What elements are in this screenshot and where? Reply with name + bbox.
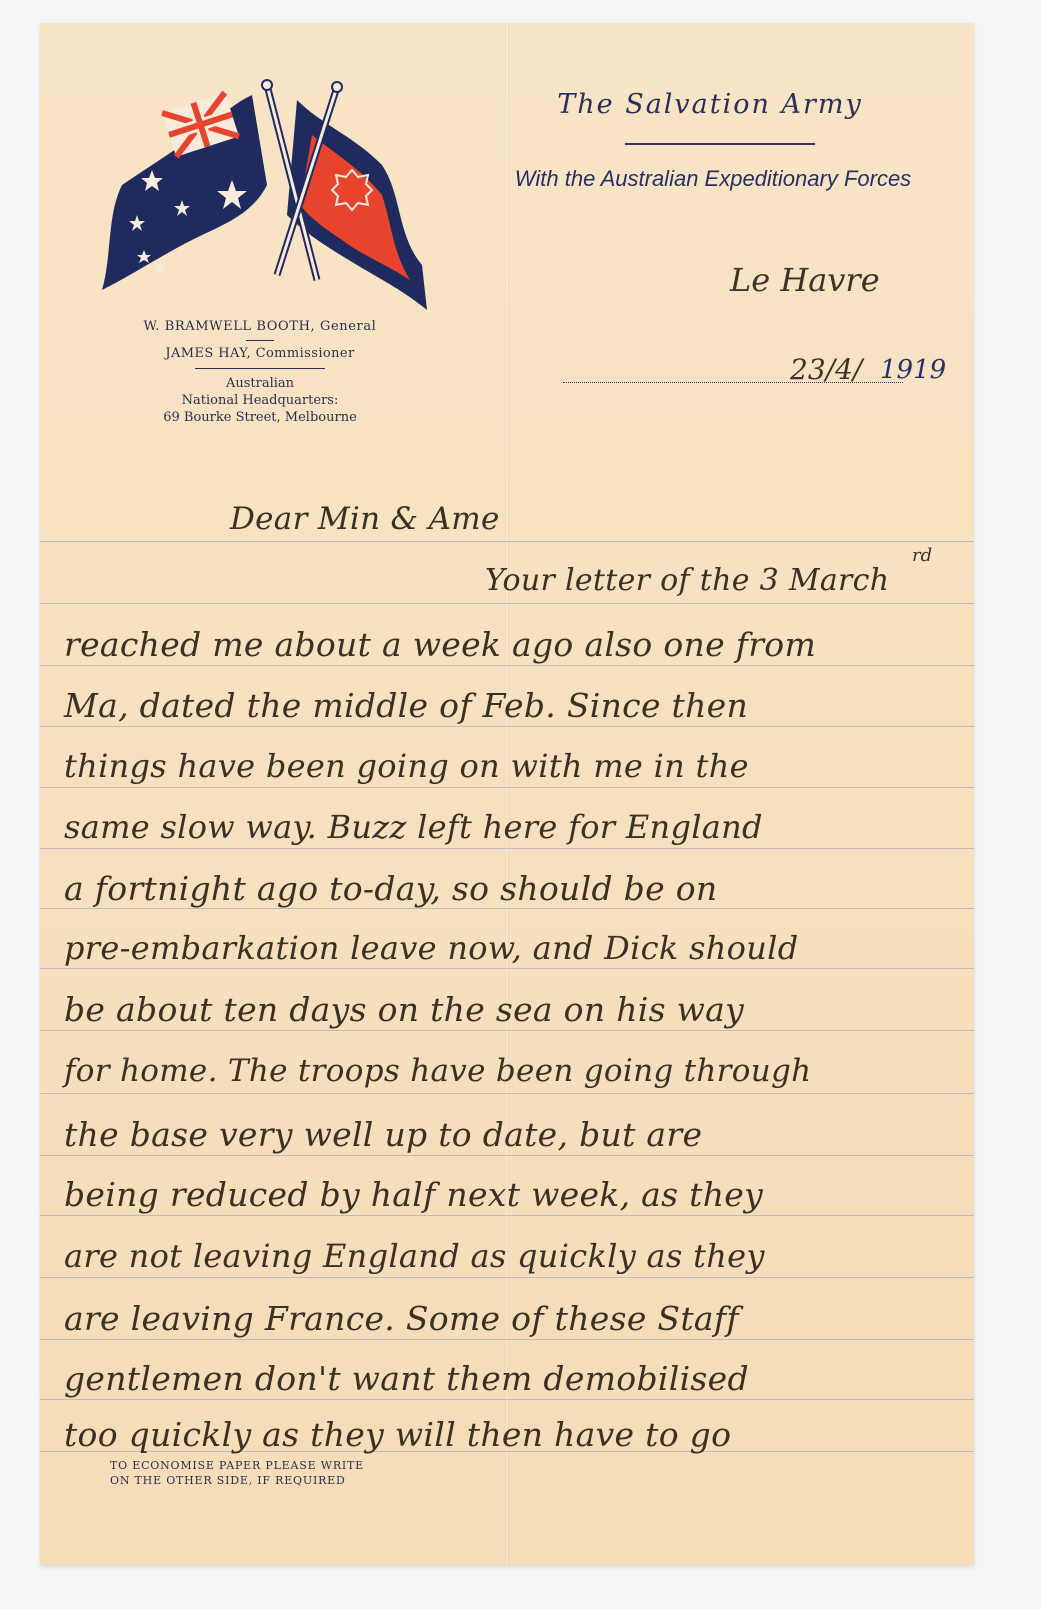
letter-line: reached me about a week ago also one fro… — [64, 625, 816, 664]
address-line: National Headquarters: — [100, 392, 420, 409]
letter-date-year: 1919 — [880, 355, 946, 385]
letter-line: for home. The troops have been going thr… — [64, 1053, 811, 1089]
ruled-line — [40, 908, 974, 909]
letter-place: Le Havre — [730, 261, 880, 299]
organization-subtitle: With the Australian Expeditionary Forces — [448, 166, 978, 192]
letter-line: Ma, dated the middle of Feb. Since then — [64, 686, 748, 725]
ruled-line — [40, 1339, 974, 1340]
crossed-flags-icon — [92, 65, 432, 315]
letter-line: the base very well up to date, but are — [64, 1115, 702, 1154]
footer-note: TO ECONOMISE PAPER PLEASE WRITE ON THE O… — [110, 1458, 430, 1488]
ordinal-superscript: rd — [912, 545, 932, 566]
letter-line: a fortnight ago to-day, so should be on — [64, 869, 717, 908]
footer-line: TO ECONOMISE PAPER PLEASE WRITE — [110, 1458, 430, 1473]
letter-line: things have been going on with me in the — [64, 747, 749, 785]
footer-line: ON THE OTHER SIDE, IF REQUIRED — [110, 1473, 430, 1488]
address-line: Australian — [100, 375, 420, 392]
letter-date-handwritten: 23/4/ — [790, 353, 862, 386]
salutation: Dear Min & Ame — [230, 501, 500, 537]
organization-title: The Salvation Army — [460, 89, 960, 120]
letter-line: gentlemen don't want them demobilised — [64, 1359, 749, 1398]
ruled-line — [40, 1399, 974, 1400]
ruled-line — [40, 968, 974, 969]
ruled-line — [40, 665, 974, 666]
commissioner-name: JAMES HAY, Commissioner — [100, 346, 420, 361]
ruled-line — [40, 726, 974, 727]
letter-line: are not leaving England as quickly as th… — [64, 1237, 765, 1275]
divider — [625, 143, 815, 145]
letter-line: pre-embarkation leave now, and Dick shou… — [64, 929, 798, 967]
general-name: W. BRAMWELL BOOTH, General — [100, 319, 420, 334]
ruled-line — [40, 1030, 974, 1031]
divider — [246, 340, 274, 341]
ruled-line — [40, 1155, 974, 1156]
letter-sheet: W. BRAMWELL BOOTH, General JAMES HAY, Co… — [40, 23, 974, 1565]
ruled-line — [40, 541, 974, 542]
ruled-line — [40, 603, 974, 604]
ruled-line — [40, 787, 974, 788]
letterhead-officers: W. BRAMWELL BOOTH, General JAMES HAY, Co… — [100, 319, 420, 426]
letter-line: being reduced by half next week, as they — [64, 1175, 763, 1214]
divider — [195, 368, 325, 369]
letter-line: Your letter of the 3 March — [485, 563, 889, 598]
ruled-line — [40, 848, 974, 849]
letter-line: are leaving France. Some of these Staff — [64, 1299, 739, 1338]
ruled-line — [40, 1277, 974, 1278]
letter-line: same slow way. Buzz left here for Englan… — [64, 808, 763, 846]
ruled-line — [40, 1215, 974, 1216]
ruled-line — [40, 1093, 974, 1094]
letter-line: too quickly as they will then have to go — [64, 1415, 731, 1454]
letter-line: be about ten days on the sea on his way — [64, 990, 744, 1029]
address-line: 69 Bourke Street, Melbourne — [100, 409, 420, 426]
